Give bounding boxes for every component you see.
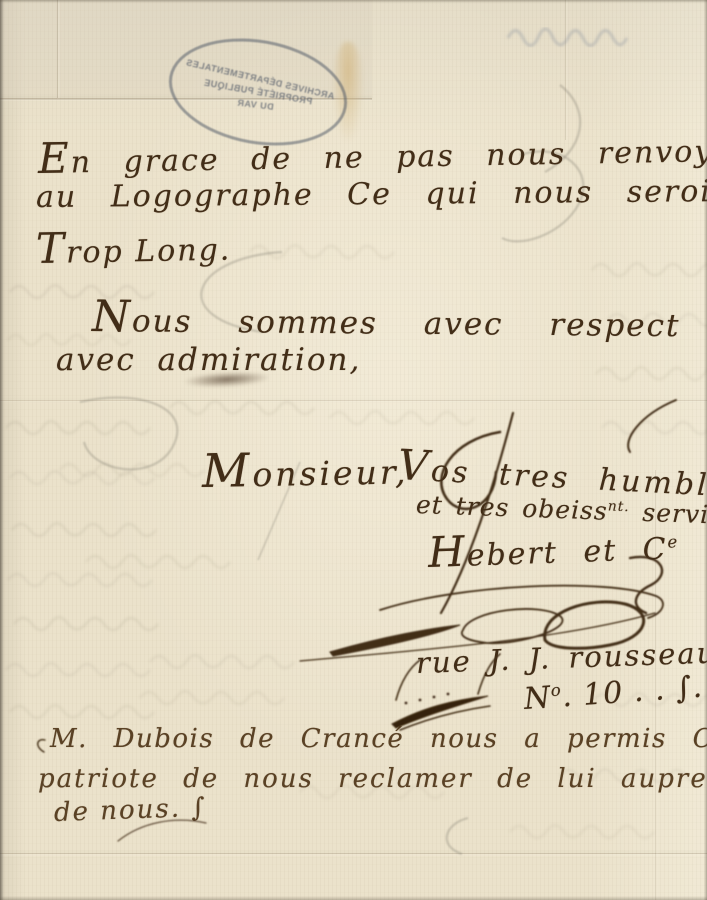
paper-crease (565, 0, 566, 140)
scan-edge-top (0, 0, 707, 3)
letter-postscript-3: de nous. ∫ (53, 793, 207, 828)
letter-signature: Hebert et Ce (427, 519, 680, 577)
address-number-text-2: . 10 . . ∫. (561, 670, 704, 715)
letter-address-number: No. 10 . . ∫. (523, 670, 704, 717)
letter-line-respect: Nous sommes avec respect et (92, 292, 707, 348)
paper-crease (0, 400, 707, 401)
signature-superscript: e (667, 532, 679, 551)
closing-text: et tres obeiss (415, 490, 608, 526)
letter-postscript-2: patriote de nous reclamer de lui aupres (38, 764, 707, 794)
letter-line-opening-3: Trop Long. (36, 221, 232, 273)
signature-text: Hebert et C (428, 532, 669, 575)
scan-edge-left (0, 0, 4, 900)
closing-superscript: nt. (608, 498, 630, 515)
scan-edge-bottom (0, 896, 707, 900)
letter-line-opening-1: En grace de ne pas nous renvoyer (38, 122, 707, 183)
letter-line-opening-2: au Logographe Ce qui nous seroit (36, 174, 707, 215)
letter-postscript-1: M. Dubois de Crancé nous a permis Comme (50, 724, 707, 754)
address-number-text: N (523, 680, 553, 717)
letter-page: ARCHIVES DÉPARTEMENTALES PROPRIÉTÉ PUBLI… (0, 0, 707, 900)
letter-salutation: Monsieur, (202, 440, 409, 498)
stamp-text-line3: DU VAR (237, 98, 275, 112)
paper-crease (0, 853, 707, 854)
